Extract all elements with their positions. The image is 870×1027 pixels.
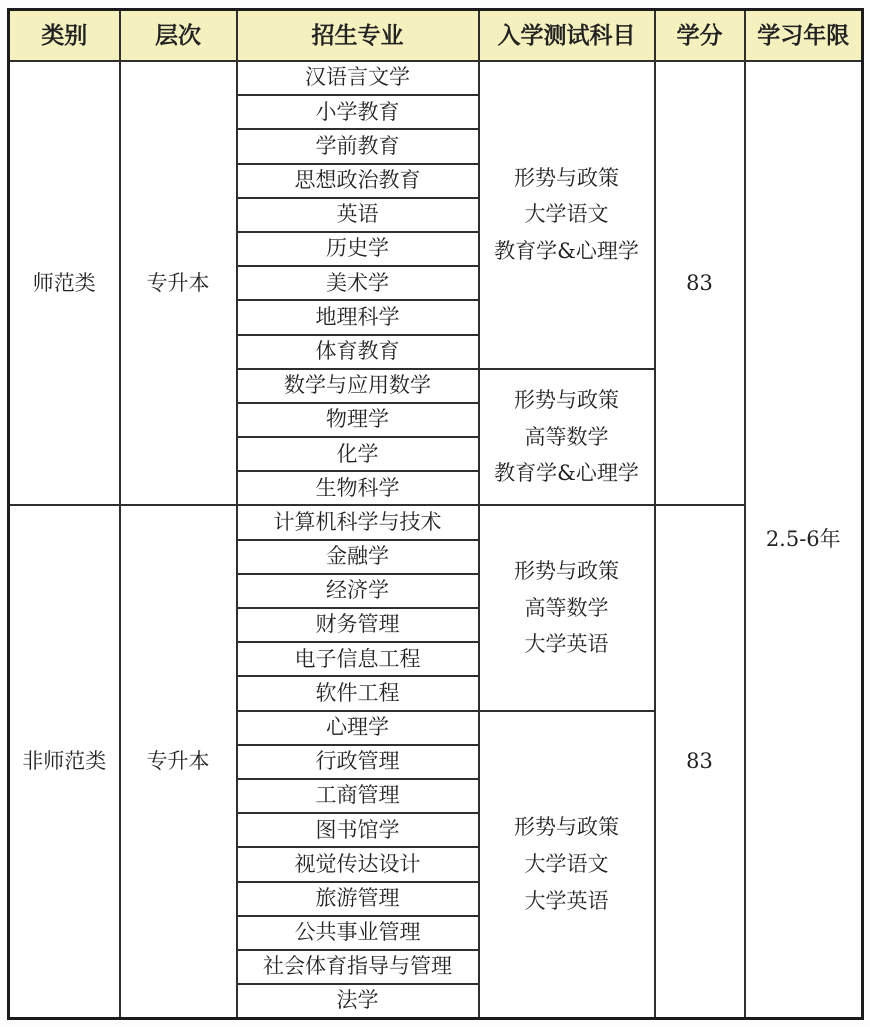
test-subject-line: 形势与政策 — [480, 382, 654, 419]
major-cell: 汉语言文学 — [237, 61, 479, 95]
major-cell: 视觉传达设计 — [237, 847, 479, 881]
test-subject-line: 大学英语 — [480, 883, 654, 920]
test-subject-line: 高等数学 — [480, 419, 654, 456]
major-cell: 思想政治教育 — [237, 164, 479, 198]
major-cell: 学前教育 — [237, 129, 479, 163]
major-cell: 体育教育 — [237, 335, 479, 369]
major-cell: 金融学 — [237, 540, 479, 574]
test-subject-line: 形势与政策 — [480, 553, 654, 590]
header-row: 类别层次招生专业入学测试科目学分学习年限 — [9, 10, 863, 62]
major-cell: 化学 — [237, 437, 479, 471]
test-subjects-cell: 形势与政策大学语文大学英语 — [479, 711, 655, 1019]
major-cell: 英语 — [237, 198, 479, 232]
column-header: 招生专业 — [237, 10, 479, 62]
major-cell: 小学教育 — [237, 95, 479, 129]
major-cell: 图书馆学 — [237, 813, 479, 847]
credits-cell: 83 — [655, 61, 745, 505]
major-cell: 生物科学 — [237, 471, 479, 505]
table-header: 类别层次招生专业入学测试科目学分学习年限 — [9, 10, 863, 62]
category-cell: 师范类 — [9, 61, 120, 505]
test-subject-line: 高等数学 — [480, 590, 654, 627]
major-cell: 行政管理 — [237, 745, 479, 779]
major-cell: 物理学 — [237, 403, 479, 437]
table-row: 非师范类专升本计算机科学与技术形势与政策高等数学大学英语83 — [9, 505, 863, 539]
major-cell: 数学与应用数学 — [237, 369, 479, 403]
test-subject-line: 大学语文 — [480, 196, 654, 233]
table-row: 师范类专升本汉语言文学形势与政策大学语文教育学&心理学832.5-6年 — [9, 61, 863, 95]
major-cell: 社会体育指导与管理 — [237, 950, 479, 984]
test-subjects-cell: 形势与政策大学语文教育学&心理学 — [479, 61, 655, 369]
major-cell: 历史学 — [237, 232, 479, 266]
credits-cell: 83 — [655, 505, 745, 1018]
major-cell: 计算机科学与技术 — [237, 505, 479, 539]
level-cell: 专升本 — [120, 61, 237, 505]
test-subject-line: 教育学&心理学 — [480, 233, 654, 270]
page-background: 类别层次招生专业入学测试科目学分学习年限 师范类专升本汉语言文学形势与政策大学语… — [0, 0, 870, 1027]
major-cell: 旅游管理 — [237, 882, 479, 916]
column-header: 层次 — [120, 10, 237, 62]
major-cell: 法学 — [237, 984, 479, 1018]
major-cell: 财务管理 — [237, 608, 479, 642]
test-subject-line: 形势与政策 — [480, 160, 654, 197]
admission-table: 类别层次招生专业入学测试科目学分学习年限 师范类专升本汉语言文学形势与政策大学语… — [7, 8, 864, 1020]
major-cell: 美术学 — [237, 266, 479, 300]
column-header: 类别 — [9, 10, 120, 62]
column-header: 学习年限 — [745, 10, 863, 62]
study-duration-cell: 2.5-6年 — [745, 61, 863, 1019]
major-cell: 电子信息工程 — [237, 642, 479, 676]
major-cell: 公共事业管理 — [237, 916, 479, 950]
table-body: 师范类专升本汉语言文学形势与政策大学语文教育学&心理学832.5-6年小学教育学… — [9, 61, 863, 1019]
major-cell: 经济学 — [237, 574, 479, 608]
major-cell: 软件工程 — [237, 676, 479, 710]
column-header: 学分 — [655, 10, 745, 62]
test-subjects-cell: 形势与政策高等数学大学英语 — [479, 505, 655, 710]
test-subject-line: 教育学&心理学 — [480, 455, 654, 492]
test-subject-line: 大学语文 — [480, 846, 654, 883]
test-subject-line: 形势与政策 — [480, 809, 654, 846]
category-cell: 非师范类 — [9, 505, 120, 1018]
major-cell: 心理学 — [237, 711, 479, 745]
level-cell: 专升本 — [120, 505, 237, 1018]
test-subject-line: 大学英语 — [480, 626, 654, 663]
major-cell: 地理科学 — [237, 300, 479, 334]
major-cell: 工商管理 — [237, 779, 479, 813]
column-header: 入学测试科目 — [479, 10, 655, 62]
test-subjects-cell: 形势与政策高等数学教育学&心理学 — [479, 369, 655, 506]
